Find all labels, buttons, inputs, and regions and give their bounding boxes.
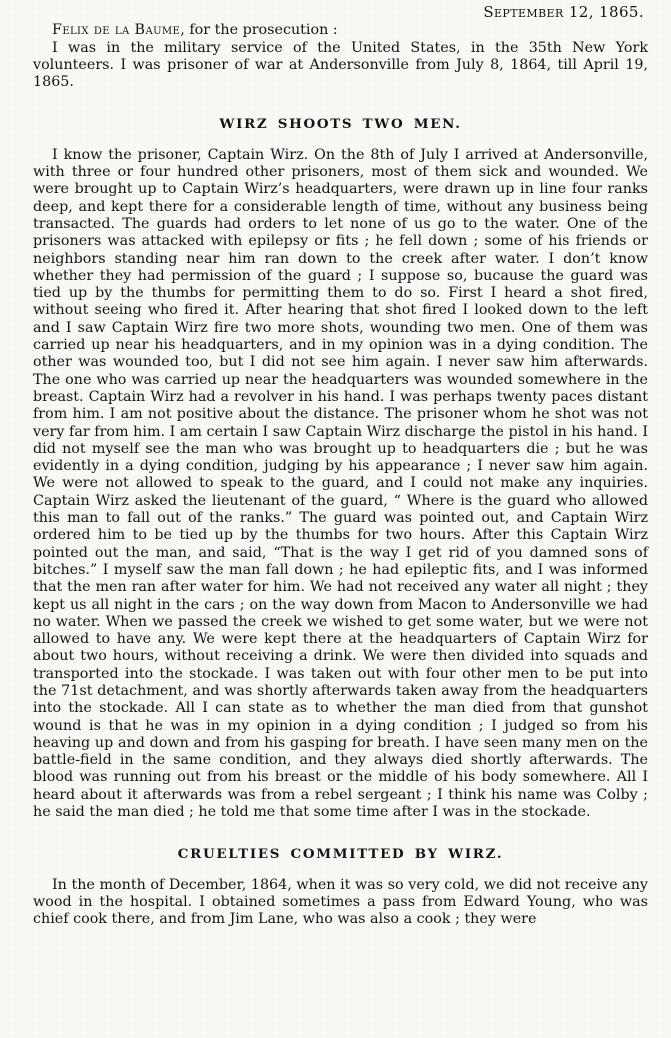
testimony-paragraph-shooting: I know the prisoner, Captain Wirz. On th… <box>33 147 648 822</box>
date-line: September 12, 1865. <box>33 4 644 21</box>
witness-role: , for the prosecution : <box>180 22 337 38</box>
section-heading-wirz-shoots: WIRZ SHOOTS TWO MEN. <box>33 116 648 133</box>
document-page: September 12, 1865. Felix de la Baume, f… <box>0 0 671 1038</box>
intro-paragraph: I was in the military service of the Uni… <box>33 40 648 92</box>
testimony-paragraph-cruelties: In the month of December, 1864, when it … <box>33 877 648 929</box>
section-heading-cruelties: CRUELTIES COMMITTED BY WIRZ. <box>33 846 648 863</box>
witness-line: Felix de la Baume, for the prosecution : <box>33 22 648 39</box>
witness-name: Felix de la Baume <box>52 22 180 38</box>
date-text: September 12, 1865. <box>483 3 644 21</box>
